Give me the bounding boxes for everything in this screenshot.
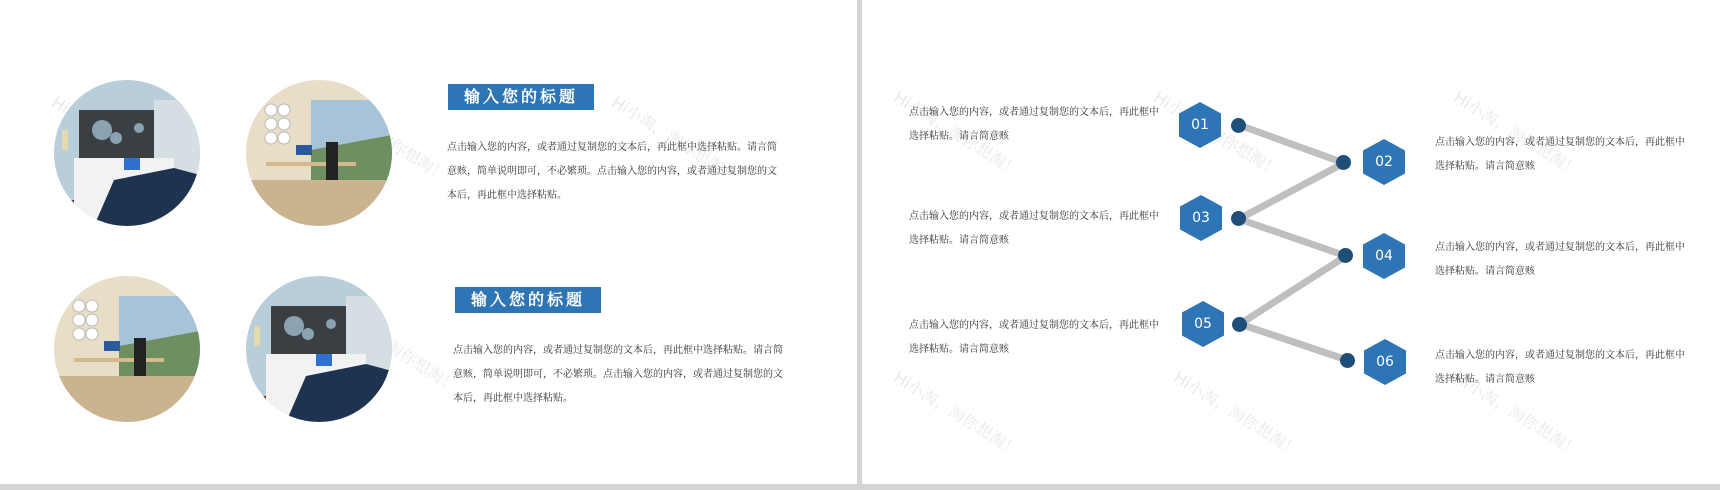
- section-body: 点击输入您的内容，或者通过复制您的文本后，再此框中选择粘贴。请言简意赅，简单说明…: [447, 136, 777, 208]
- step-text-04: 点击输入您的内容，或者通过复制您的文本后，再此框中选择粘贴。请言简意赅: [1435, 236, 1685, 284]
- node-dot: [1231, 118, 1246, 133]
- step-text-03: 点击输入您的内容，或者通过复制您的文本后，再此框中选择粘贴。请言简意赅: [909, 205, 1159, 253]
- section-title: 输入您的标题: [455, 287, 601, 313]
- node-dot: [1231, 211, 1246, 226]
- bottom-divider: [0, 484, 1720, 490]
- step-text-01: 点击输入您的内容，或者通过复制您的文本后，再此框中选择粘贴。请言简意赅: [909, 101, 1159, 149]
- slide-right: Hi小淘，淘你想淘！ Hi小淘，淘你想淘！ Hi小淘，淘你想淘！ Hi小淘，淘你…: [862, 0, 1720, 484]
- section-title: 输入您的标题: [448, 84, 594, 110]
- hotel-bedroom-photo: [54, 80, 200, 226]
- step-text-06: 点击输入您的内容，或者通过复制您的文本后，再此框中选择粘贴。请言简意赅: [1435, 344, 1685, 392]
- home-office-photo: [54, 276, 200, 422]
- node-dot: [1340, 353, 1355, 368]
- slide-left: Hi小淘，淘你想淘！ Hi小淘，淘你想淘！ Hi小淘，淘你想淘！ Hi小淘，淘你…: [0, 0, 857, 484]
- hotel-bedroom-photo: [246, 276, 392, 422]
- node-dot: [1338, 248, 1353, 263]
- step-text-05: 点击输入您的内容，或者通过复制您的文本后，再此框中选择粘贴。请言简意赅: [909, 314, 1159, 362]
- step-text-02: 点击输入您的内容，或者通过复制您的文本后，再此框中选择粘贴。请言简意赅: [1435, 131, 1685, 179]
- node-dot: [1336, 155, 1351, 170]
- node-dot: [1232, 317, 1247, 332]
- section-body: 点击输入您的内容，或者通过复制您的文本后，再此框中选择粘贴。请言简意赅，简单说明…: [453, 339, 783, 411]
- home-office-photo: [246, 80, 392, 226]
